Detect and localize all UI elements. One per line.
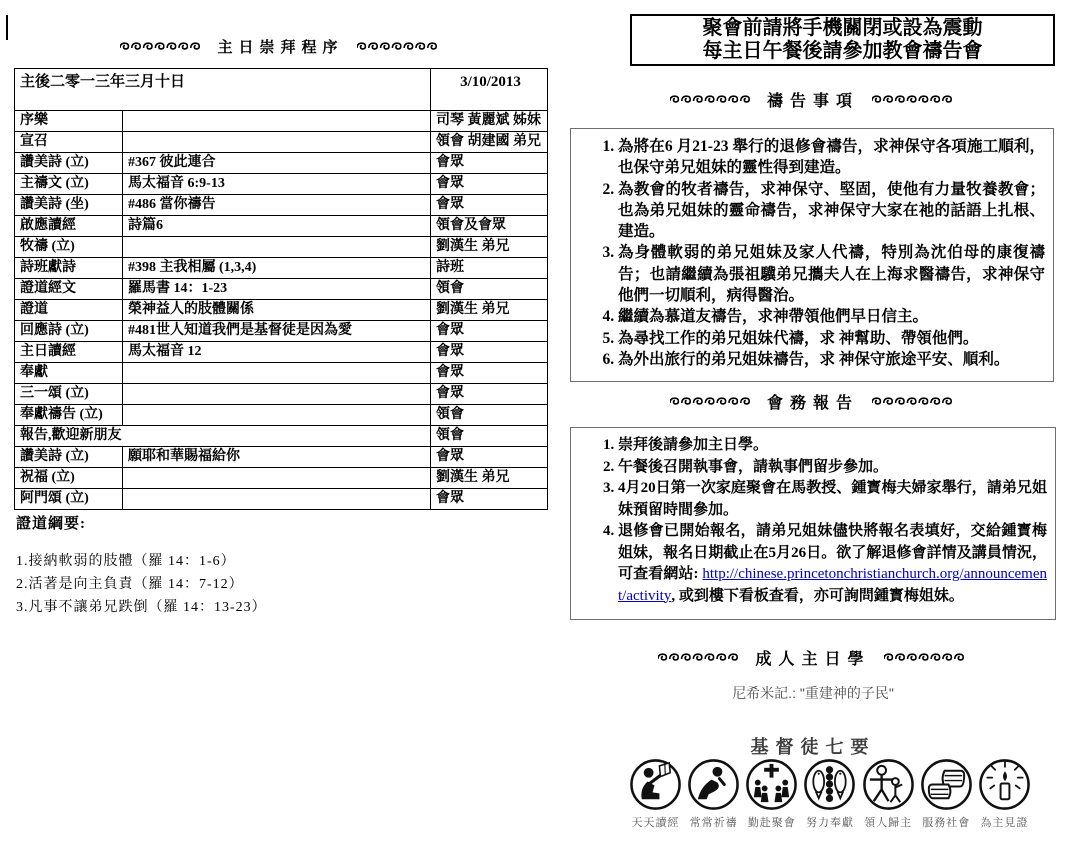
essential-label: 服務社會 [922, 814, 970, 830]
essential-label: 為主見證 [980, 814, 1028, 830]
order-item: 證道經文 [15, 279, 123, 300]
report-item: 退修會已開始報名，請弟兄姐妹儘快將報名表填好，交給鍾寳梅姐妹，報名日期截止在5月… [618, 521, 1047, 607]
order-who: 會眾 [431, 342, 548, 363]
essential-item: 勤赴聚會 [744, 758, 799, 830]
table-row: 讚美詩 (坐)#486 當你禱告會眾 [15, 195, 548, 216]
sunday-school-title: 成人主日學 [755, 646, 870, 669]
scroll-ornament-icon [120, 41, 204, 52]
candle-witness-icon [978, 758, 1031, 811]
report-item: 午餐後召開執事會，請執事們留步參加。 [618, 457, 1047, 479]
essential-label: 努力奉獻 [806, 814, 854, 830]
table-row: 讚美詩 (立)#367 彼此連合會眾 [15, 153, 548, 174]
sunday-school-heading: 成人主日學 [570, 646, 1056, 669]
sermon-point: 2.活著是向主負責（羅 14：7-12） [16, 573, 267, 596]
order-who: 會眾 [431, 195, 548, 216]
prayer-item: 繼續為慕道友禱告，求神帶領他們早日信主。 [618, 306, 1045, 327]
prayer-title: 禱告事項 [767, 88, 859, 111]
sermon-point: 1.接納軟弱的肢體（羅 14：1-6） [16, 550, 267, 573]
order-item: 三一頌 (立) [15, 384, 123, 405]
church-gathering-icon [745, 758, 798, 811]
order-item: 序樂 [15, 111, 123, 132]
table-row: 阿門頌 (立)會眾 [15, 489, 548, 510]
order-who: 會眾 [431, 174, 548, 195]
order-who: 領會 [431, 405, 548, 426]
essential-item: 天天讀經 [628, 758, 683, 830]
order-content: #398 主我相屬 (1,3,4) [123, 258, 431, 279]
order-content: #367 彼此連合 [123, 153, 431, 174]
essential-label: 勤赴聚會 [748, 814, 796, 830]
prayer-item: 為將在6 月21-23 舉行的退修會禱告，求神保守各項施工順利，也保守弟兄姐妹的… [618, 136, 1045, 179]
page-title: 主日崇拜程序 [217, 36, 343, 57]
table-header-row: 主後二零一三年三月十日 3/10/2013 [15, 69, 548, 111]
notice-line-1: 聚會前請將手機關閉或設為震動 [632, 17, 1053, 40]
essential-label: 天天讀經 [632, 814, 680, 830]
order-item: 牧禱 (立) [15, 237, 123, 258]
seven-essentials-icons: 天天讀經 常常祈禱 勤赴聚會 努力奉獻 領人歸主 服務社會 為主見證 [628, 758, 1032, 830]
order-who: 會眾 [431, 489, 548, 510]
order-item: 啟應讀經 [15, 216, 123, 237]
order-item: 宣召 [15, 132, 123, 153]
scroll-ornament-icon [872, 396, 956, 407]
sermon-outline-title: 證道綱要: [16, 512, 267, 533]
report-item: 崇拜後請參加主日學。 [618, 435, 1047, 457]
order-who: 司琴 黃麗斌 姊妹 [431, 111, 548, 132]
essential-item: 為主見證 [977, 758, 1032, 830]
order-content [123, 237, 431, 258]
order-content: 詩篇6 [123, 216, 431, 237]
worship-order-heading: 主日崇拜程序 [14, 36, 547, 57]
scroll-ornament-icon [872, 94, 956, 105]
order-content [123, 405, 431, 426]
table-row: 三一頌 (立)會眾 [15, 384, 548, 405]
scroll-ornament-icon [357, 41, 441, 52]
prayer-item: 為身體軟弱的弟兄姐妹及家人代禱，特別為沈伯母的康復禱告；也請繼續為張祖驥弟兄攜夫… [618, 242, 1045, 306]
table-row: 證道經文羅馬書 14：1-23領會 [15, 279, 548, 300]
order-who: 會眾 [431, 321, 548, 342]
table-row: 奉獻禱告 (立)領會 [15, 405, 548, 426]
report-item-text: , 或到樓下看板查看，亦可詢問鍾寳梅姐妹。 [671, 588, 964, 604]
order-item: 阿門頌 (立) [15, 489, 123, 510]
table-row: 祝福 (立)劉漢生 弟兄 [15, 468, 548, 489]
prayer-item: 為教會的牧者禱告，求神保守、堅固，使他有力量牧養教會；也為弟兄姐妹的靈命禱告，求… [618, 179, 1045, 243]
table-row: 主禱文 (立)馬太福音 6:9-13會眾 [15, 174, 548, 195]
serving-hands-icon [920, 758, 973, 811]
fish-offering-icon [803, 758, 856, 811]
essential-item: 努力奉獻 [802, 758, 857, 830]
table-row: 回應詩 (立)#481世人知道我們是基督徒是因為愛會眾 [15, 321, 548, 342]
prayer-items-box: 為將在6 月21-23 舉行的退修會禱告，求神保守各項施工順利，也保守弟兄姐妹的… [570, 128, 1054, 382]
table-row: 詩班獻詩#398 主我相屬 (1,3,4)詩班 [15, 258, 548, 279]
essential-item: 服務社會 [919, 758, 974, 830]
order-who: 會眾 [431, 363, 548, 384]
table-row: 牧禱 (立)劉漢生 弟兄 [15, 237, 548, 258]
prayer-item: 為外出旅行的弟兄姐妹禱告，求 神保守旅途平安、順利。 [618, 349, 1045, 370]
order-item: 報告,歡迎新朋友 [15, 426, 431, 447]
order-who: 劉漢生 弟兄 [431, 237, 548, 258]
order-content: 馬太福音 12 [123, 342, 431, 363]
scroll-ornament-icon [670, 94, 754, 105]
text-cursor [6, 15, 8, 40]
report-item: 4月20日第一次家庭聚會在馬教授、鍾寳梅夫婦家舉行，請弟兄姐妹預留時間參加。 [618, 478, 1047, 521]
order-content [123, 111, 431, 132]
order-item: 讚美詩 (立) [15, 447, 123, 468]
order-item: 主日讀經 [15, 342, 123, 363]
order-who: 會眾 [431, 384, 548, 405]
phone-notice-box: 聚會前請將手機關閉或設為震動 每主日午餐後請參加教會禱告會 [630, 14, 1055, 66]
date-numeric: 3/10/2013 [431, 69, 548, 111]
order-content: 馬太福音 6:9-13 [123, 174, 431, 195]
essential-label: 常常祈禱 [690, 814, 738, 830]
order-item: 讚美詩 (坐) [15, 195, 123, 216]
order-who: 會眾 [431, 447, 548, 468]
order-content [123, 468, 431, 489]
order-item: 主禱文 (立) [15, 174, 123, 195]
date-chinese: 主後二零一三年三月十日 [15, 69, 431, 111]
order-item: 詩班獻詩 [15, 258, 123, 279]
bible-reading-icon [629, 758, 682, 811]
order-item: 奉獻禱告 (立) [15, 405, 123, 426]
table-row: 宣召領會 胡建國 弟兄 [15, 132, 548, 153]
order-content: 願耶和華賜福給你 [123, 447, 431, 468]
table-row: 主日讀經馬太福音 12會眾 [15, 342, 548, 363]
order-who: 領會 胡建國 弟兄 [431, 132, 548, 153]
order-content [123, 384, 431, 405]
prayer-section-heading: 禱告事項 [570, 88, 1056, 111]
order-content: #481世人知道我們是基督徒是因為愛 [123, 321, 431, 342]
lead-to-christ-icon [862, 758, 915, 811]
sermon-point: 3.凡事不讓弟兄跌倒（羅 14：13-23） [16, 596, 267, 619]
church-bulletin-page: 主日崇拜程序 主後二零一三年三月十日 3/10/2013 序樂司琴 黃麗斌 姊妹… [0, 0, 1079, 842]
worship-order-table: 主後二零一三年三月十日 3/10/2013 序樂司琴 黃麗斌 姊妹 宣召領會 胡… [14, 68, 548, 510]
order-who: 會眾 [431, 153, 548, 174]
scroll-ornament-icon [670, 396, 754, 407]
order-content: 羅馬書 14：1-23 [123, 279, 431, 300]
essential-label: 領人歸主 [864, 814, 912, 830]
report-section-heading: 會務報告 [570, 390, 1056, 413]
seven-essentials-title: 基督徒七要 [570, 733, 1056, 759]
order-item: 祝福 (立) [15, 468, 123, 489]
prayer-item: 為尋找工作的弟兄姐妹代禱，求 神幫助、帶領他們。 [618, 328, 1045, 349]
table-row: 啟應讀經詩篇6領會及會眾 [15, 216, 548, 237]
report-title: 會務報告 [767, 390, 859, 413]
order-item: 回應詩 (立) [15, 321, 123, 342]
order-content: #486 當你禱告 [123, 195, 431, 216]
essential-item: 領人歸主 [861, 758, 916, 830]
table-row: 奉獻會眾 [15, 363, 548, 384]
scroll-ornament-icon [884, 652, 968, 663]
order-item: 證道 [15, 300, 123, 321]
order-content [123, 489, 431, 510]
report-items-box: 崇拜後請參加主日學。 午餐後召開執事會，請執事們留步參加。 4月20日第一次家庭… [570, 427, 1056, 620]
order-who: 領會 [431, 279, 548, 300]
order-item: 讚美詩 (立) [15, 153, 123, 174]
order-who: 劉漢生 弟兄 [431, 300, 548, 321]
order-item: 奉獻 [15, 363, 123, 384]
prayer-kneeling-icon [687, 758, 740, 811]
order-content [123, 132, 431, 153]
notice-line-2: 每主日午餐後請參加教會禱告會 [632, 40, 1053, 63]
order-who: 領會 [431, 426, 548, 447]
table-row: 證道榮神益人的肢體關係劉漢生 弟兄 [15, 300, 548, 321]
essential-item: 常常祈禱 [686, 758, 741, 830]
sermon-outline: 證道綱要: 1.接納軟弱的肢體（羅 14：1-6） 2.活著是向主負責（羅 14… [16, 512, 267, 619]
order-who: 劉漢生 弟兄 [431, 468, 548, 489]
scroll-ornament-icon [658, 652, 742, 663]
order-who: 領會及會眾 [431, 216, 548, 237]
order-who: 詩班 [431, 258, 548, 279]
order-content: 榮神益人的肢體關係 [123, 300, 431, 321]
table-row: 序樂司琴 黃麗斌 姊妹 [15, 111, 548, 132]
order-content [123, 363, 431, 384]
table-row: 讚美詩 (立)願耶和華賜福給你會眾 [15, 447, 548, 468]
sunday-school-subtitle: 尼希米記.: "重建神的子民" [570, 683, 1056, 703]
table-row: 報告,歡迎新朋友領會 [15, 426, 548, 447]
